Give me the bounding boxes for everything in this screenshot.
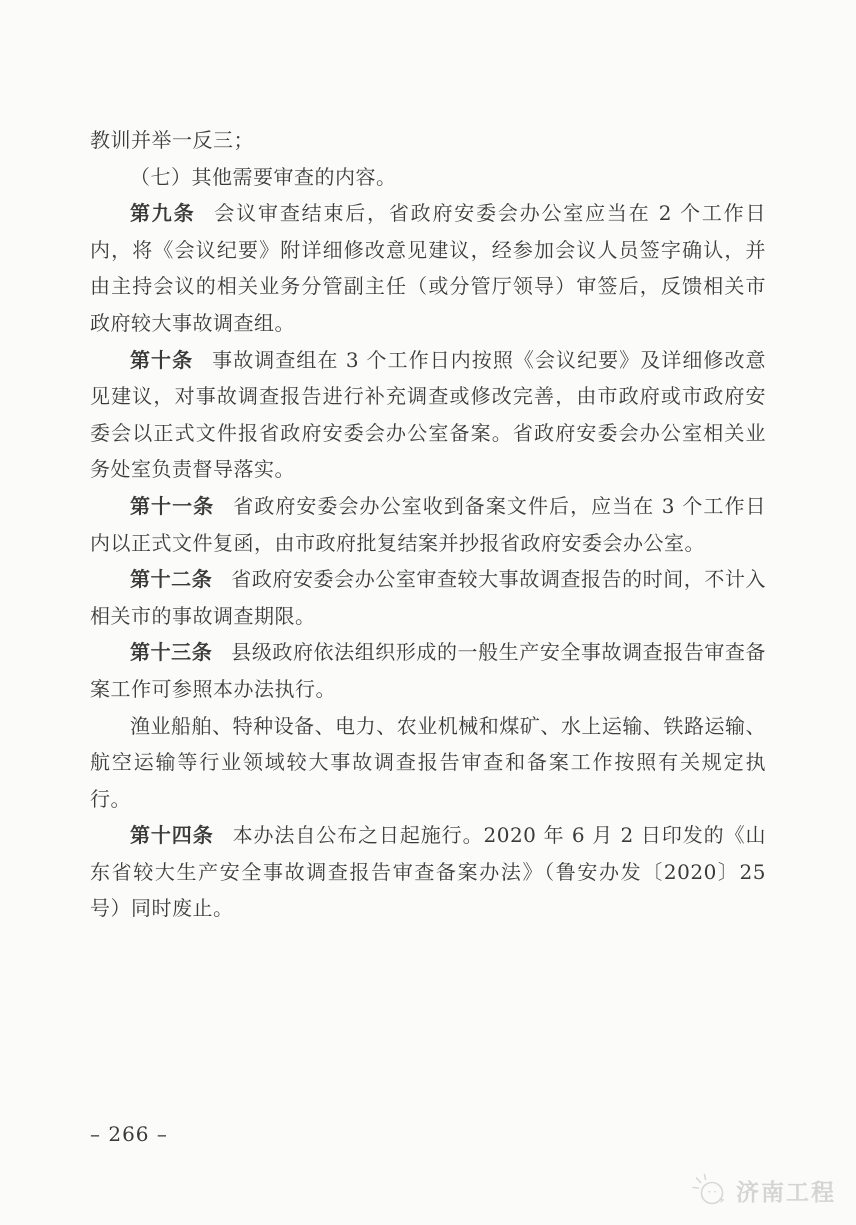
document-page: 教训并举一反三；（七）其他需要审查的内容。第九条会议审查结束后，省政府安委会办公… [0, 0, 856, 1225]
paragraph-text: （七）其他需要审查的内容。 [130, 165, 397, 189]
article-number: 第十条 [130, 348, 193, 372]
paragraph: 第九条会议审查结束后，省政府安委会办公室应当在 2 个工作日内，将《会议纪要》附… [90, 195, 766, 341]
page-number: – 266 – [90, 1122, 168, 1146]
paragraph: 教训并举一反三； [90, 122, 766, 159]
watermark-label: 济南工程 [736, 1174, 836, 1207]
paragraph: 第十三条县级政府依法组织形成的一般生产安全事故调查报告审查备案工作可参照本办法执… [90, 634, 766, 707]
article-number: 第十三条 [130, 640, 212, 664]
paragraph-text: 渔业船舶、特种设备、电力、农业机械和煤矿、水上运输、铁路运输、航空运输等行业领域… [90, 714, 766, 811]
article-number: 第九条 [130, 201, 195, 225]
watermark: 济南工程 [691, 1173, 836, 1207]
document-body: 教训并举一反三；（七）其他需要审查的内容。第九条会议审查结束后，省政府安委会办公… [90, 122, 766, 927]
paragraph: 第十一条省政府安委会办公室收到备案文件后，应当在 3 个工作日内以正式文件复函，… [90, 488, 766, 561]
paragraph: 第十四条本办法自公布之日起施行。2020 年 6 月 2 日印发的《山东省较大生… [90, 817, 766, 927]
article-number: 第十一条 [130, 494, 214, 518]
paragraph: 第十二条省政府安委会办公室审查较大事故调查报告的时间，不计入相关市的事故调查期限… [90, 561, 766, 634]
article-number: 第十四条 [130, 823, 214, 847]
paragraph: 第十条事故调查组在 3 个工作日内按照《会议纪要》及详细修改意见建议，对事故调查… [90, 342, 766, 488]
paragraph: （七）其他需要审查的内容。 [90, 159, 766, 196]
paragraph: 渔业船舶、特种设备、电力、农业机械和煤矿、水上运输、铁路运输、航空运输等行业领域… [90, 708, 766, 818]
paragraph-text: 教训并举一反三； [90, 128, 254, 152]
article-number: 第十二条 [130, 567, 212, 591]
megaphone-logo-icon [691, 1173, 729, 1207]
